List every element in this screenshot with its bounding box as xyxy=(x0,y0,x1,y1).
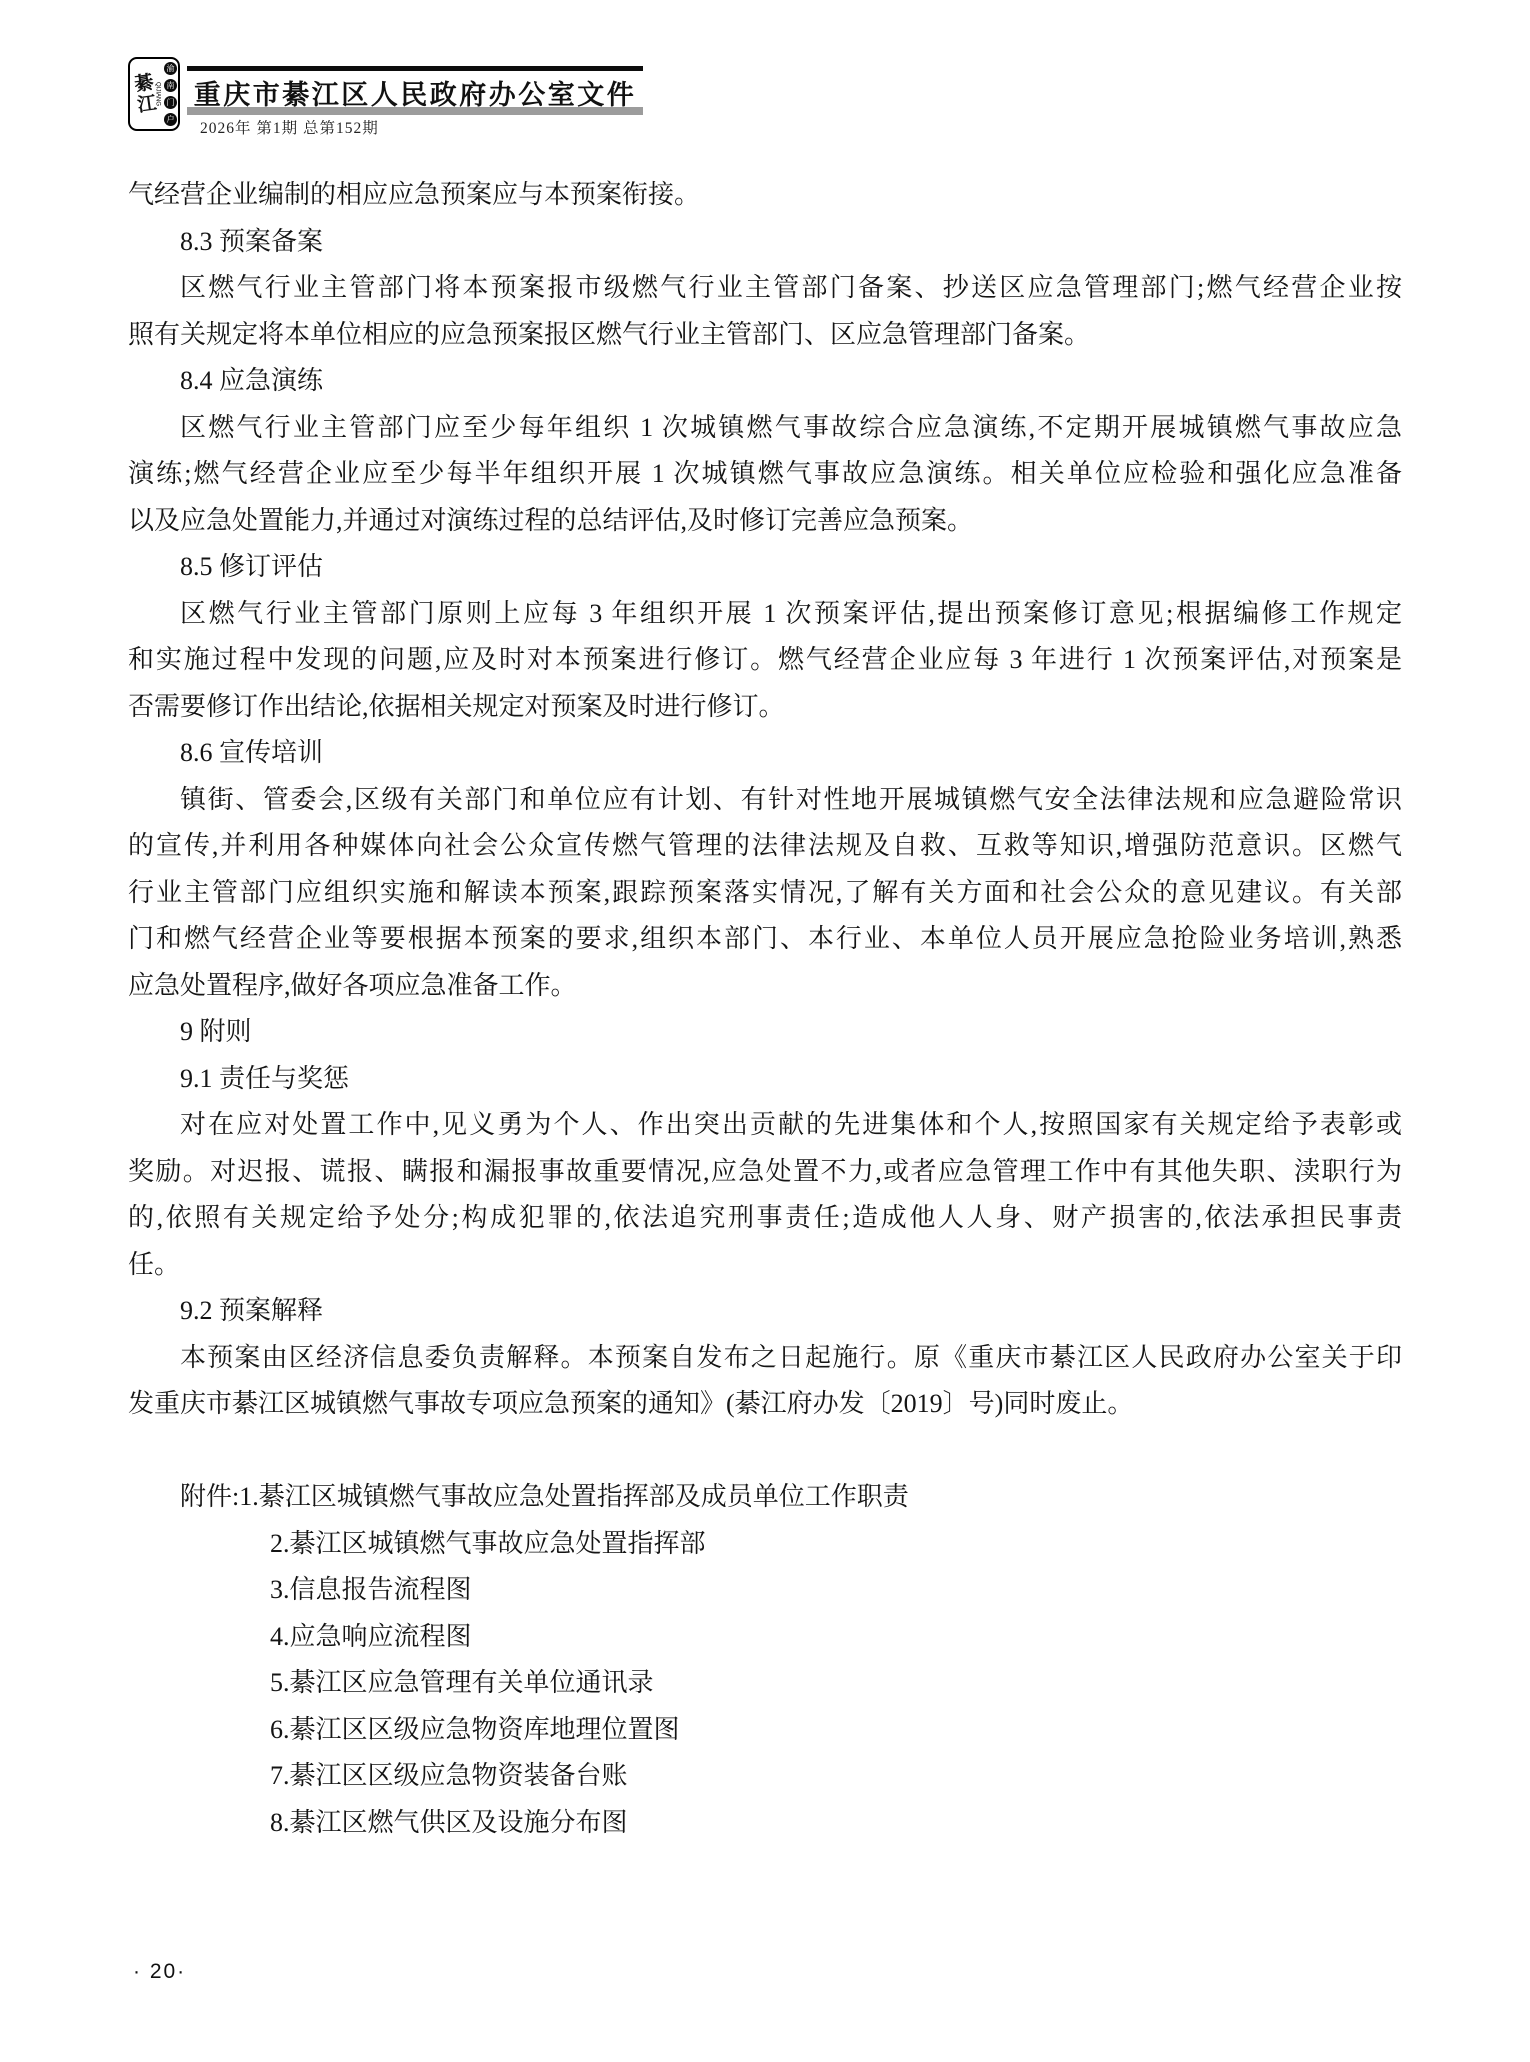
body-line: 区燃气行业主管部门应至少每年组织 1 次城镇燃气事故综合应急演练,不定期开展城镇… xyxy=(128,405,1402,452)
issue-info: 2026年 第1期 总第152期 xyxy=(200,116,379,138)
document-page: 綦江 QIJIANG 渝 南 门 户 重庆市綦江区人民政府办公室文件 2026年… xyxy=(0,0,1530,2062)
logo-seal-column: 渝 南 门 户 xyxy=(164,62,177,126)
document-body: 气经营企业编制的相应应急预案应与本预案衔接。 8.3 预案备案 区燃气行业主管部… xyxy=(128,172,1402,1846)
attachment-list-item: 附件:1.綦江区城镇燃气事故应急处置指挥部及成员单位工作职责 xyxy=(128,1474,1402,1521)
page-number: · 20· xyxy=(133,1960,186,1984)
body-line: 以及应急处置能力,并通过对演练过程的总结评估,及时修订完善应急预案。 xyxy=(128,498,1402,545)
attachment-list-item: 4.应急响应流程图 xyxy=(128,1614,1402,1661)
section-heading: 8.5 修订评估 xyxy=(128,544,1402,591)
logo-name-characters: 綦江 xyxy=(130,72,156,116)
body-line: 镇街、管委会,区级有关部门和单位应有计划、有针对性地开展城镇燃气安全法律法规和应… xyxy=(128,777,1402,824)
body-line: 任。 xyxy=(128,1242,1402,1289)
body-line: 应急处置程序,做好各项应急准备工作。 xyxy=(128,963,1402,1010)
attachment-list-item: 8.綦江区燃气供区及设施分布图 xyxy=(128,1800,1402,1847)
body-line: 的,依照有关规定给予处分;构成犯罪的,依法追究刑事责任;造成他人人身、财产损害的… xyxy=(128,1195,1402,1242)
paragraph-spacer xyxy=(128,1428,1402,1475)
body-line: 照有关规定将本单位相应的应急预案报区燃气行业主管部门、区应急管理部门备案。 xyxy=(128,312,1402,359)
attachment-list-item: 3.信息报告流程图 xyxy=(128,1567,1402,1614)
body-line: 发重庆市綦江区城镇燃气事故专项应急预案的通知》(綦江府办发〔2019〕号)同时废… xyxy=(128,1381,1402,1428)
logo-seal-icon: 户 xyxy=(164,113,177,126)
body-line: 行业主管部门应组织实施和解读本预案,跟踪预案落实情况,了解有关方面和社会公众的意… xyxy=(128,870,1402,917)
section-heading: 8.3 预案备案 xyxy=(128,219,1402,266)
logo-seal-icon: 渝 xyxy=(164,62,177,75)
attachment-list-item: 2.綦江区城镇燃气事故应急处置指挥部 xyxy=(128,1521,1402,1568)
section-heading: 8.6 宣传培训 xyxy=(128,730,1402,777)
body-line: 区燃气行业主管部门将本预案报市级燃气行业主管部门备案、抄送区应急管理部门;燃气经… xyxy=(128,265,1402,312)
logo-seal-icon: 南 xyxy=(164,79,177,92)
body-line: 区燃气行业主管部门原则上应每 3 年组织开展 1 次预案评估,提出预案修订意见;… xyxy=(128,591,1402,638)
section-heading: 9.1 责任与奖惩 xyxy=(128,1056,1402,1103)
masthead-rule-bottom xyxy=(187,107,643,115)
logo-seal-icon: 门 xyxy=(164,96,177,109)
body-line: 否需要修订作出结论,依据相关规定对预案及时进行修订。 xyxy=(128,684,1402,731)
body-line: 对在应对处置工作中,见义勇为个人、作出突出贡献的先进集体和个人,按照国家有关规定… xyxy=(128,1102,1402,1149)
masthead-rule-top xyxy=(187,66,643,71)
masthead-logo: 綦江 QIJIANG 渝 南 门 户 xyxy=(128,57,180,131)
body-line: 演练;燃气经营企业应至少每半年组织开展 1 次城镇燃气事故应急演练。相关单位应检… xyxy=(128,451,1402,498)
body-line: 门和燃气经营企业等要根据本预案的要求,组织本部门、本行业、本单位人员开展应急抢险… xyxy=(128,916,1402,963)
attachment-list-item: 6.綦江区区级应急物资库地理位置图 xyxy=(128,1707,1402,1754)
section-heading: 9.2 预案解释 xyxy=(128,1288,1402,1335)
body-line: 和实施过程中发现的问题,应及时对本预案进行修订。燃气经营企业应每 3 年进行 1… xyxy=(128,637,1402,684)
attachment-list-item: 5.綦江区应急管理有关单位通讯录 xyxy=(128,1660,1402,1707)
body-line: 本预案由区经济信息委负责解释。本预案自发布之日起施行。原《重庆市綦江区人民政府办… xyxy=(128,1335,1402,1382)
attachment-list-item: 7.綦江区区级应急物资装备台账 xyxy=(128,1753,1402,1800)
section-heading: 9 附则 xyxy=(128,1009,1402,1056)
body-line: 气经营企业编制的相应应急预案应与本预案衔接。 xyxy=(128,172,1402,219)
body-line: 奖励。对迟报、谎报、瞒报和漏报事故重要情况,应急处置不力,或者应急管理工作中有其… xyxy=(128,1149,1402,1196)
section-heading: 8.4 应急演练 xyxy=(128,358,1402,405)
body-line: 的宣传,并利用各种媒体向社会公众宣传燃气管理的法律法规及自救、互救等知识,增强防… xyxy=(128,823,1402,870)
